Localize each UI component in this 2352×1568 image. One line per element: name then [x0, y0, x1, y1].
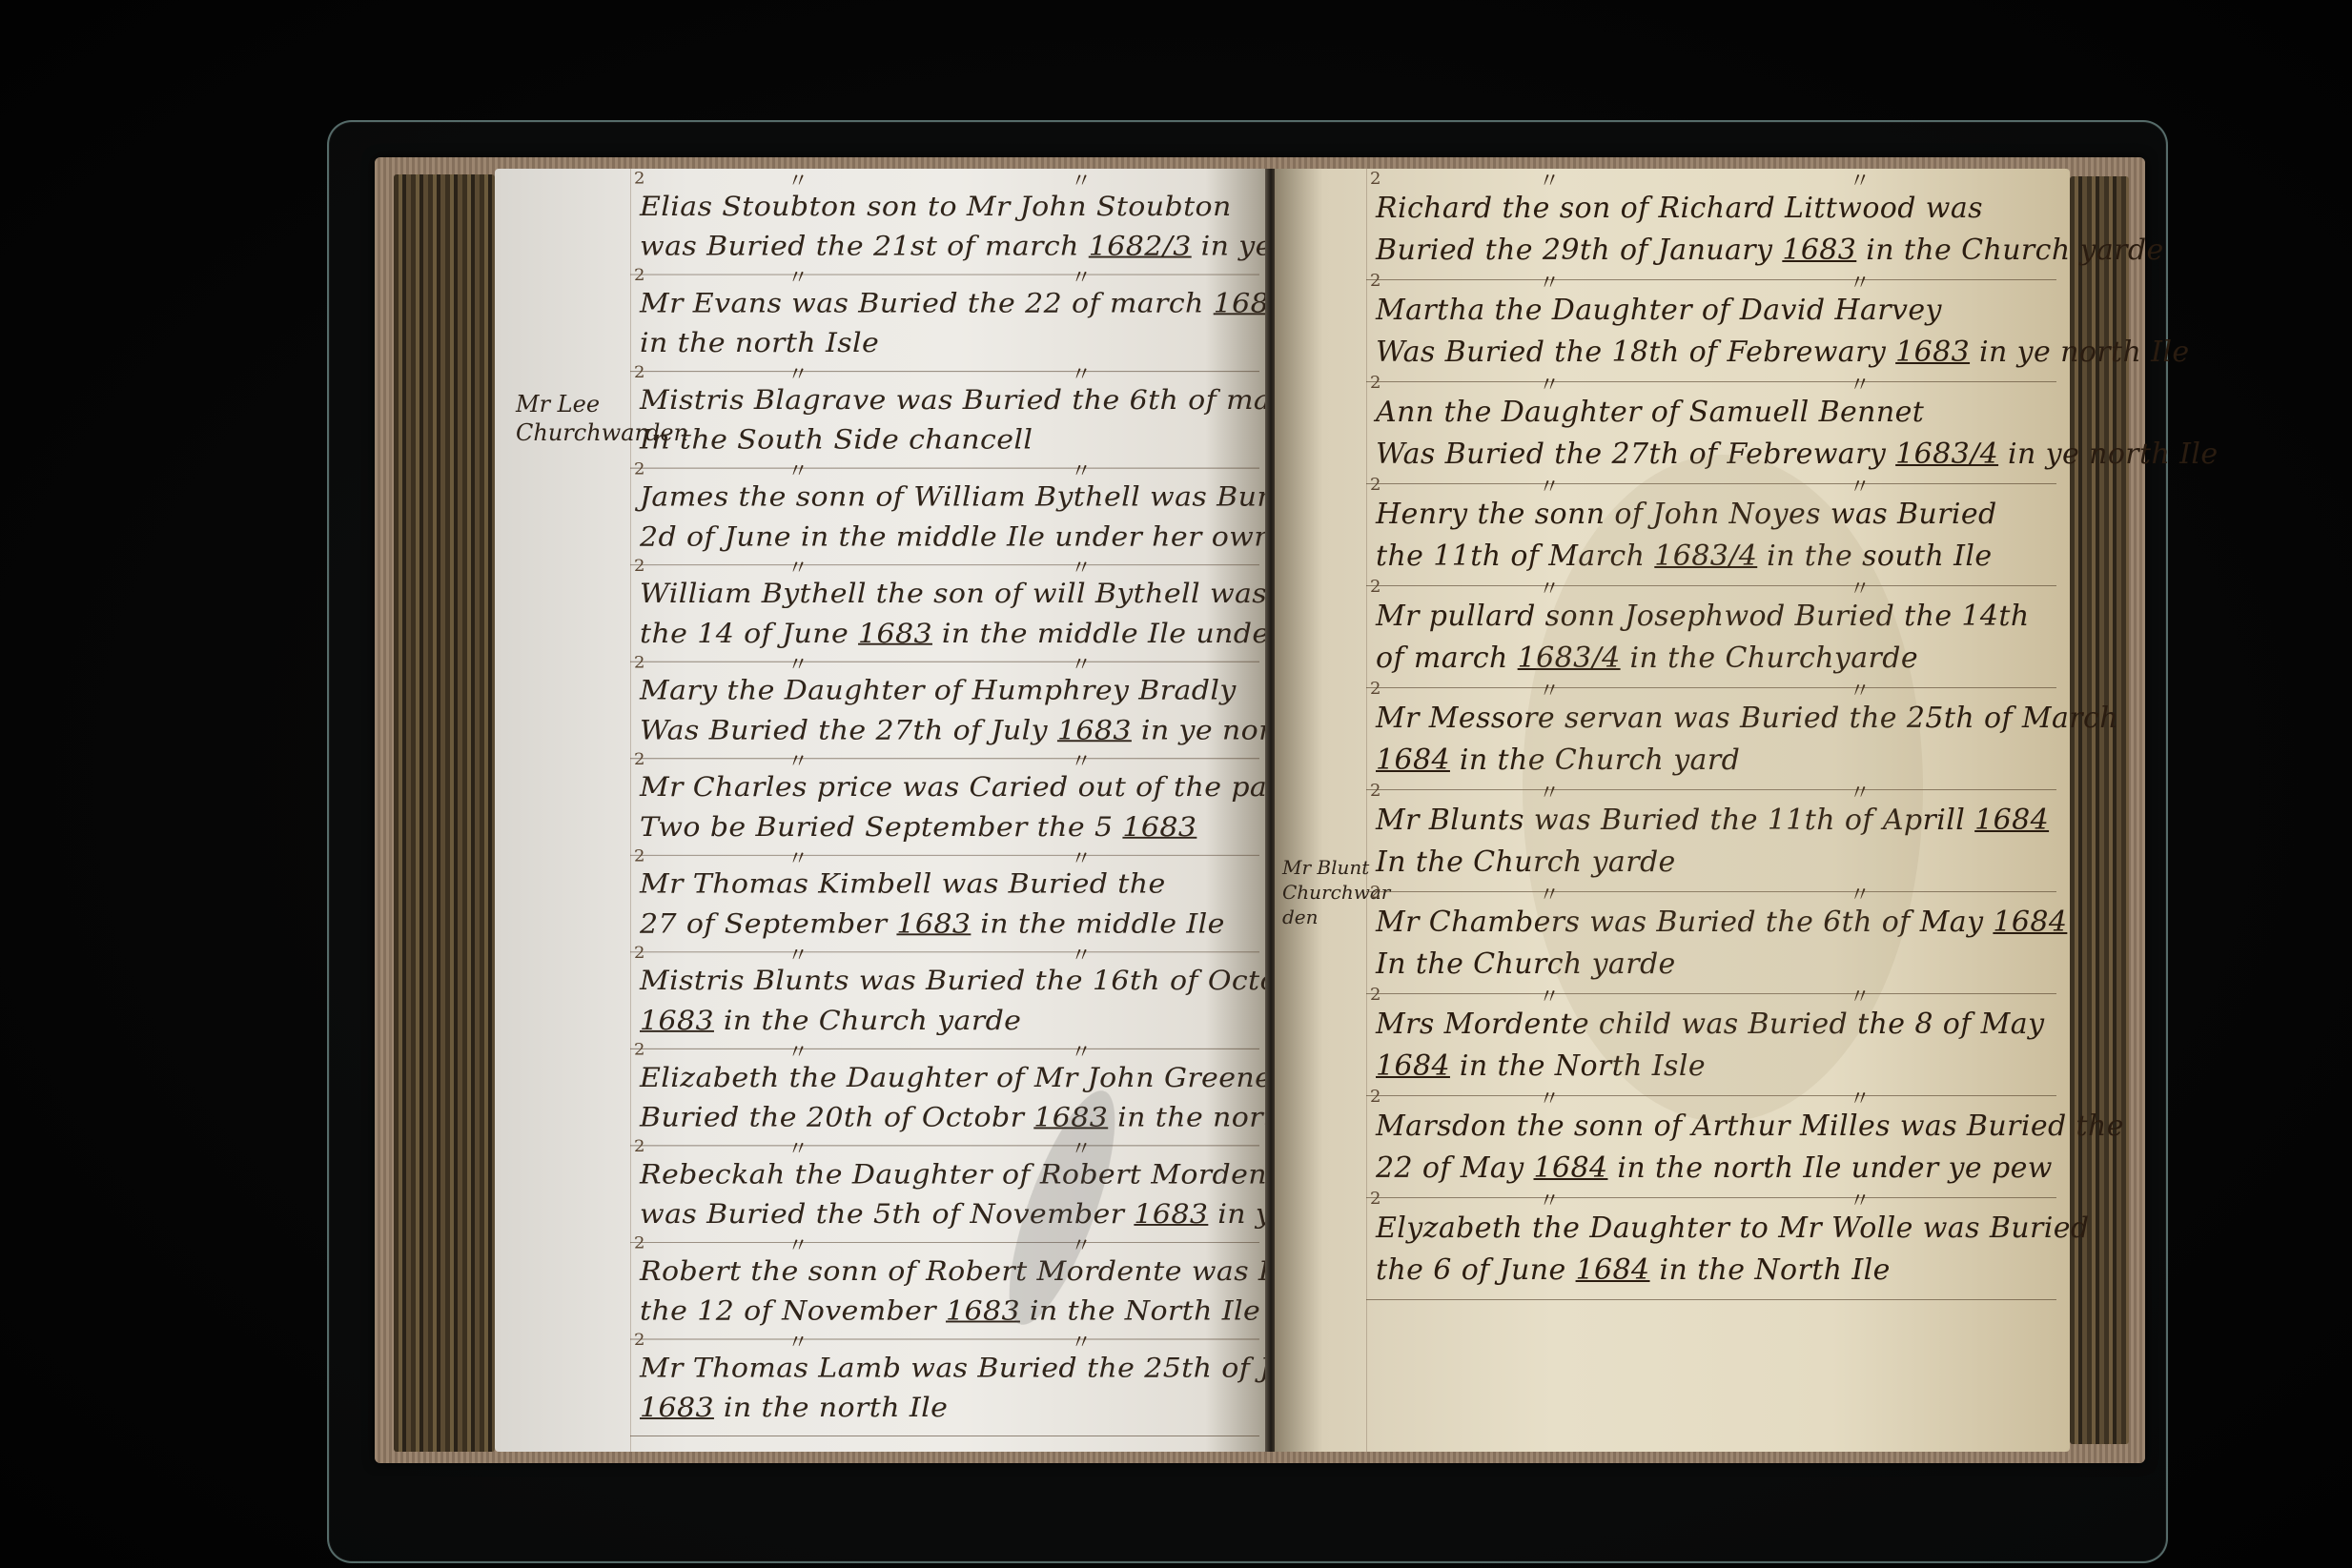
entry-marker: 2	[634, 944, 644, 963]
ditto-mark: 〃	[787, 940, 808, 967]
ditto-mark: 〃	[1071, 166, 1092, 193]
ditto-mark: 〃	[1850, 777, 1871, 806]
entry-line: Elias Stoubton son to Mr John Stoubton	[640, 187, 1250, 227]
burial-entry: 2〃〃Mrs Mordente child was Buried the 8 o…	[1366, 994, 2056, 1096]
ditto-mark: 〃	[1071, 940, 1092, 967]
ditto-mark: 〃	[1850, 369, 1871, 398]
entry-line: Was Buried the 18th of Febrewary 1683 in…	[1376, 332, 2047, 374]
entry-line: In the South Side chancell	[640, 420, 1250, 460]
entry-line: Mr Chambers was Buried the 6th of May 16…	[1376, 902, 2047, 944]
entry-marker: 2	[1370, 373, 1381, 393]
entry-line: In the Church yarde	[1376, 944, 2047, 986]
entry-line: was Buried the 21st of march 1682/3 in y…	[640, 227, 1250, 267]
entry-line: 2d of June in the middle Ile under her o…	[640, 518, 1250, 558]
burial-entry: 2〃〃Mr Messore servan was Buried the 25th…	[1366, 688, 2056, 790]
entry-line: Mr Charles price was Caried out of the p…	[640, 768, 1250, 808]
left-page: Mr Lee Churchwarden 2〃〃Elias Stoubton so…	[495, 169, 1267, 1452]
burial-entry: 2〃〃Mistris Blunts was Buried the 16th of…	[630, 952, 1259, 1049]
entry-line: Buried the 29th of January 1683 in the C…	[1376, 230, 2047, 272]
left-fore-edge	[394, 174, 495, 1452]
entry-line: William Bythell the son of will Bythell …	[640, 575, 1250, 615]
entry-marker: 2	[634, 170, 644, 189]
ditto-mark: 〃	[787, 1327, 808, 1354]
entry-line: Elizabeth the Daughter of Mr John Greene…	[640, 1058, 1250, 1098]
ditto-mark: 〃	[1539, 165, 1560, 194]
entry-line: Mr pullard sonn Josephwod Buried the 14t…	[1376, 596, 2047, 638]
entry-line: In the Church yarde	[1376, 842, 2047, 884]
entry-line: Martha the Daughter of David Harvey	[1376, 290, 2047, 332]
burial-entry: 2〃〃Mistris Blagrave was Buried the 6th o…	[630, 372, 1259, 469]
entry-line: Richard the son of Richard Littwood was	[1376, 188, 2047, 230]
ditto-mark: 〃	[1071, 1231, 1092, 1258]
right-page: Mr Blunt Churchwar den 2〃〃Richard the so…	[1275, 169, 2070, 1452]
entry-line: 27 of September 1683 in the middle Ile	[640, 905, 1250, 945]
entry-line: Mr Thomas Kimbell was Buried the	[640, 865, 1250, 905]
ditto-mark: 〃	[1071, 746, 1092, 774]
burial-entry: 2〃〃Rebeckah the Daughter of Robert Morde…	[630, 1146, 1259, 1243]
entry-marker: 2	[634, 846, 644, 865]
burial-entry: 2〃〃Mr Thomas Lamb was Buried the 25th of…	[630, 1339, 1259, 1436]
entry-line: the 6 of June 1684 in the North Ile	[1376, 1250, 2047, 1292]
entry-line: James the sonn of William Bythell was Bu…	[640, 478, 1250, 518]
entry-line: Mistris Blunts was Buried the 16th of Oc…	[640, 962, 1250, 1002]
ditto-mark: 〃	[1850, 1083, 1871, 1112]
burial-entry: 2〃〃Elyzabeth the Daughter to Mr Wolle wa…	[1366, 1198, 2056, 1300]
ditto-mark: 〃	[787, 456, 808, 483]
burial-entry: 2〃〃Mr pullard sonn Josephwod Buried the …	[1366, 586, 2056, 688]
entry-line: the 12 of November 1683 in the North Ile	[640, 1292, 1250, 1332]
entry-line: 22 of May 1684 in the north Ile under ye…	[1376, 1148, 2047, 1190]
entry-line: the 14 of June 1683 in the middle Ile un…	[640, 614, 1250, 654]
ditto-mark: 〃	[1850, 981, 1871, 1010]
ditto-mark: 〃	[1071, 1133, 1092, 1161]
entry-line: 1683 in the north Ile	[640, 1389, 1250, 1429]
entry-marker: 2	[634, 1233, 644, 1252]
entry-marker: 2	[634, 1040, 644, 1059]
ditto-mark: 〃	[1850, 1185, 1871, 1214]
entry-line: of march 1683/4 in the Churchyarde	[1376, 638, 2047, 680]
ditto-mark: 〃	[787, 359, 808, 387]
burial-entry: 2〃〃Martha the Daughter of David HarveyWa…	[1366, 280, 2056, 382]
entry-line: was Buried the 5th of November 1683 in y…	[640, 1195, 1250, 1235]
entry-marker: 2	[634, 750, 644, 769]
ditto-mark: 〃	[787, 746, 808, 774]
ditto-mark: 〃	[1850, 675, 1871, 704]
burial-entry: 2〃〃Mary the Daughter of Humphrey BradlyW…	[630, 662, 1259, 760]
burial-entry: 2〃〃Henry the sonn of John Noyes was Buri…	[1366, 484, 2056, 586]
entry-line: 1684 in the Church yard	[1376, 740, 2047, 782]
burial-entry: 2〃〃Mr Chambers was Buried the 6th of May…	[1366, 892, 2056, 994]
entry-line: 1684 in the North Isle	[1376, 1046, 2047, 1088]
burial-entry: 2〃〃Richard the son of Richard Littwood w…	[1366, 178, 2056, 280]
entry-marker: 2	[1370, 577, 1381, 597]
entry-line: Robert the sonn of Robert Mordente was B…	[640, 1252, 1250, 1292]
entry-line: in the north Isle	[640, 324, 1250, 364]
ditto-mark: 〃	[787, 166, 808, 193]
ditto-mark: 〃	[787, 649, 808, 677]
ditto-mark: 〃	[1539, 267, 1560, 296]
entry-line: Marsdon the sonn of Arthur Milles was Bu…	[1376, 1106, 2047, 1148]
entry-line: Mr Messore servan was Buried the 25th of…	[1376, 698, 2047, 740]
burial-entry: 2〃〃Elizabeth the Daughter of Mr John Gre…	[630, 1049, 1259, 1147]
ditto-mark: 〃	[1539, 471, 1560, 500]
entry-line: Mr Evans was Buried the 22 of march 1682…	[640, 284, 1250, 324]
entry-marker: 2	[1370, 883, 1381, 903]
entry-line: Ann the Daughter of Samuell Bennet	[1376, 392, 2047, 434]
burial-entry: 2〃〃James the sonn of William Bythell was…	[630, 469, 1259, 566]
entry-marker: 2	[1370, 985, 1381, 1005]
entry-marker: 2	[1370, 1087, 1381, 1107]
ditto-mark: 〃	[1850, 267, 1871, 296]
ditto-mark: 〃	[1539, 981, 1560, 1010]
ditto-mark: 〃	[1539, 1185, 1560, 1214]
entry-line: Buried the 20th of Octobr 1683 in the no…	[640, 1098, 1250, 1138]
ditto-mark: 〃	[1850, 471, 1871, 500]
burial-entry: 2〃〃Mr Charles price was Caried out of th…	[630, 759, 1259, 856]
burial-entry: 2〃〃Marsdon the sonn of Arthur Milles was…	[1366, 1096, 2056, 1198]
entry-line: 1683 in the Church yarde	[640, 1002, 1250, 1042]
entry-marker: 2	[1370, 169, 1381, 189]
entry-line: Mr Blunts was Buried the 11th of Aprill …	[1376, 800, 2047, 842]
burial-entry: 2〃〃Elias Stoubton son to Mr John Stoubto…	[630, 178, 1259, 275]
entry-marker: 2	[634, 266, 644, 285]
ditto-mark: 〃	[787, 262, 808, 290]
entry-line: Mrs Mordente child was Buried the 8 of M…	[1376, 1004, 2047, 1046]
entry-marker: 2	[1370, 679, 1381, 699]
entry-line: Mary the Daughter of Humphrey Bradly	[640, 671, 1250, 711]
ditto-mark: 〃	[1071, 553, 1092, 580]
ditto-mark: 〃	[1850, 165, 1871, 194]
entry-line: Henry the sonn of John Noyes was Buried	[1376, 494, 2047, 536]
ditto-mark: 〃	[1071, 456, 1092, 483]
ditto-mark: 〃	[1850, 879, 1871, 908]
entry-line: the 11th of March 1683/4 in the south Il…	[1376, 536, 2047, 578]
ditto-mark: 〃	[1539, 573, 1560, 602]
burial-entry: 2〃〃Ann the Daughter of Samuell BennetWas…	[1366, 382, 2056, 484]
ditto-mark: 〃	[1071, 843, 1092, 870]
burial-entry: 2〃〃Mr Blunts was Buried the 11th of Apri…	[1366, 790, 2056, 892]
ditto-mark: 〃	[1071, 359, 1092, 387]
entry-line: Elyzabeth the Daughter to Mr Wolle was B…	[1376, 1208, 2047, 1250]
ditto-mark: 〃	[1071, 262, 1092, 290]
entry-marker: 2	[634, 653, 644, 672]
entry-marker: 2	[634, 459, 644, 479]
ditto-mark: 〃	[787, 553, 808, 580]
entry-marker: 2	[634, 557, 644, 576]
ditto-mark: 〃	[1071, 649, 1092, 677]
entry-line: Mr Thomas Lamb was Buried the 25th of Ja…	[640, 1349, 1250, 1389]
entry-line: Was Buried the 27th of Febrewary 1683/4 …	[1376, 434, 2047, 476]
entry-line: Two be Buried September the 5 1683	[640, 807, 1250, 847]
left-entry-list: 2〃〃Elias Stoubton son to Mr John Stoubto…	[630, 178, 1259, 1436]
ditto-mark: 〃	[1539, 1083, 1560, 1112]
ditto-mark: 〃	[787, 1133, 808, 1161]
entry-line: Was Buried the 27th of July 1683 in ye n…	[640, 711, 1250, 751]
entry-marker: 2	[1370, 271, 1381, 291]
ditto-mark: 〃	[787, 843, 808, 870]
ditto-mark: 〃	[1539, 777, 1560, 806]
ditto-mark: 〃	[1850, 573, 1871, 602]
ditto-mark: 〃	[787, 1231, 808, 1258]
ditto-mark: 〃	[1539, 675, 1560, 704]
entry-marker: 2	[634, 363, 644, 382]
ditto-mark: 〃	[1071, 1037, 1092, 1065]
burial-entry: 2〃〃William Bythell the son of will Bythe…	[630, 565, 1259, 662]
burial-entry: 2〃〃Robert the sonn of Robert Mordente wa…	[630, 1243, 1259, 1340]
entry-marker: 2	[1370, 781, 1381, 801]
entry-marker: 2	[1370, 475, 1381, 495]
entry-marker: 2	[1370, 1189, 1381, 1209]
entry-line: Mistris Blagrave was Buried the 6th of m…	[640, 381, 1250, 421]
entry-line: Rebeckah the Daughter of Robert Mordent	[640, 1155, 1250, 1195]
ditto-mark: 〃	[1539, 879, 1560, 908]
ditto-mark: 〃	[1539, 369, 1560, 398]
open-register-book: Mr Lee Churchwarden 2〃〃Elias Stoubton so…	[375, 157, 2145, 1463]
entry-marker: 2	[634, 1137, 644, 1156]
ditto-mark: 〃	[1071, 1327, 1092, 1354]
burial-entry: 2〃〃Mr Evans was Buried the 22 of march 1…	[630, 275, 1259, 373]
right-entry-list: 2〃〃Richard the son of Richard Littwood w…	[1366, 178, 2056, 1300]
ditto-mark: 〃	[787, 1037, 808, 1065]
entry-marker: 2	[634, 1331, 644, 1350]
burial-entry: 2〃〃Mr Thomas Kimbell was Buried the27 of…	[630, 856, 1259, 953]
